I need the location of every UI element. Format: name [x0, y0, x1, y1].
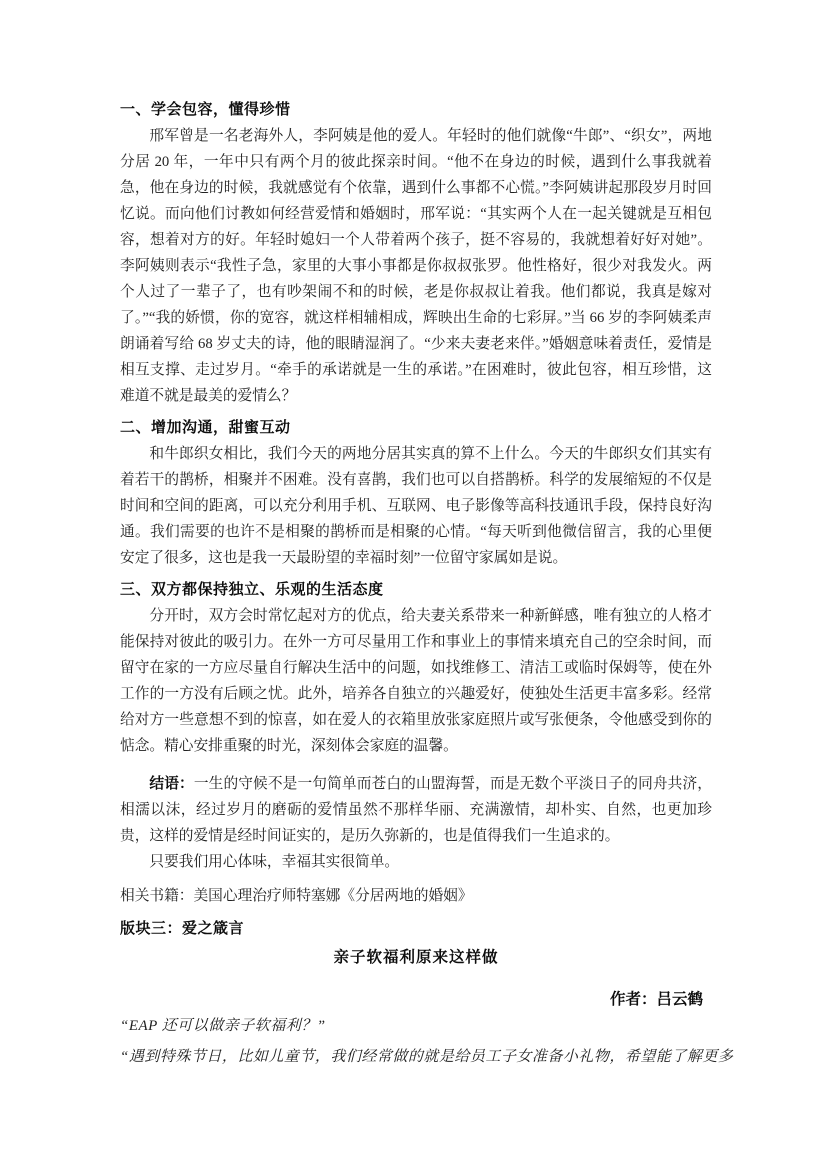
conclusion-closing-line: 只要我们用心体味，幸福其实很简单。: [120, 849, 712, 875]
article-quote-1: “EAP 还可以做亲子软福利？”: [120, 1013, 712, 1040]
related-books-line: 相关书籍：美国心理治疗师特塞娜《分居两地的婚姻》: [120, 883, 712, 909]
article-quote-2: “遇到特殊节日，比如儿童节，我们经常做的就是给员工子女准备小礼物，希望能了解更多: [120, 1044, 712, 1071]
document-page: 一、学会包容，懂得珍惜 邢军曾是一名老海外人，李阿姨是他的爱人。年轻时的他们就像…: [0, 0, 827, 1169]
conclusion-text: 一生的守候不是一句简单而苍白的山盟海誓，而是无数个平淡日子的同舟共济，相濡以沫，…: [120, 776, 712, 844]
author-line: 作者：吕云鹤: [120, 987, 703, 1013]
conclusion-label: 结语：: [149, 776, 193, 792]
page-content: 一、学会包容，懂得珍惜 邢军曾是一名老海外人，李阿姨是他的爱人。年轻时的他们就像…: [120, 96, 712, 1071]
conclusion-paragraph: 结语：一生的守候不是一句简单而苍白的山盟海誓，而是无数个平淡日子的同舟共济，相濡…: [120, 771, 712, 849]
section-2-heading: 二、增加沟通，甜蜜互动: [120, 414, 712, 441]
section-3-heading: 三、双方都保持独立、乐观的生活态度: [120, 576, 712, 603]
section-3-paragraph: 分开时，双方会时常忆起对方的优点，给夫妻关系带来一种新鲜感，唯有独立的人格才能保…: [120, 603, 712, 759]
block-three-heading: 版块三：爱之箴言: [120, 915, 712, 942]
section-2-paragraph: 和牛郎织女相比，我们今天的两地分居其实真的算不上什么。今天的牛郎织女们其实有着若…: [120, 441, 712, 571]
article-title: 亲子软福利原来这样做: [120, 944, 712, 971]
section-1-paragraph: 邢军曾是一名老海外人，李阿姨是他的爱人。年轻时的他们就像“牛郎”、“织女”，两地…: [120, 123, 712, 409]
section-1-heading: 一、学会包容，懂得珍惜: [120, 96, 712, 123]
